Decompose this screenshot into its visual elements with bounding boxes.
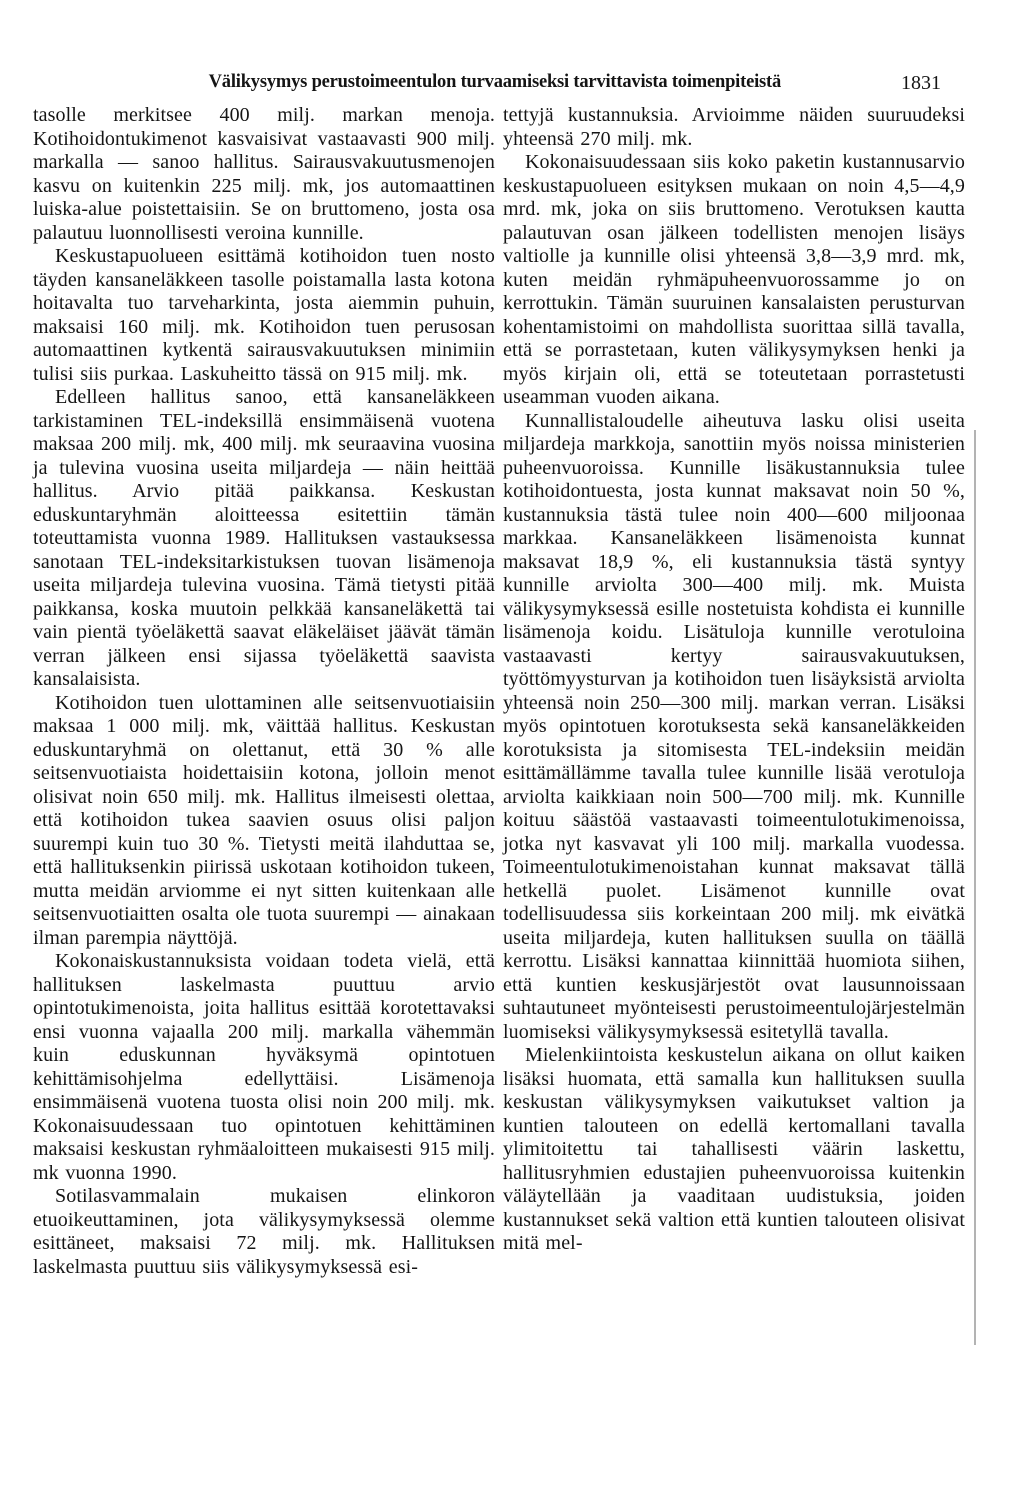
paragraph: Sotilasvammalain mukaisen elinkoron etuo… xyxy=(33,1185,495,1279)
paragraph: Edelleen hallitus sanoo, että kansaneläk… xyxy=(33,386,495,692)
paragraph-continuation: tettyjä kustannuksia. Arvioimme näiden s… xyxy=(503,104,965,151)
paragraph: Kokonaiskustannuksista voidaan todeta vi… xyxy=(33,950,495,1185)
paragraph: Mielenkiintoista keskustelun aikana on o… xyxy=(503,1044,965,1256)
right-column: tettyjä kustannuksia. Arvioimme näiden s… xyxy=(503,104,965,1279)
page-number: 1831 xyxy=(901,72,941,95)
page-header-title: Välikysymys perustoimeentulon turvaamise… xyxy=(209,72,781,93)
paragraph-continuation: tasolle merkitsee 400 milj. markan menoj… xyxy=(33,104,495,245)
document-page: Välikysymys perustoimeentulon turvaamise… xyxy=(0,0,1024,1496)
paragraph: Kotihoidon tuen ulottaminen alle seitsen… xyxy=(33,692,495,951)
left-column: tasolle merkitsee 400 milj. markan menoj… xyxy=(33,104,495,1279)
page-header: Välikysymys perustoimeentulon turvaamise… xyxy=(0,72,1024,100)
text-columns: tasolle merkitsee 400 milj. markan menoj… xyxy=(33,104,965,1279)
scan-artifact-line xyxy=(974,430,976,1345)
paragraph: Kunnallistaloudelle aiheutuva lasku olis… xyxy=(503,410,965,1045)
paragraph: Kokonaisuudessaan siis koko paketin kust… xyxy=(503,151,965,410)
paragraph: Keskustapuolueen esittämä kotihoidon tue… xyxy=(33,245,495,386)
